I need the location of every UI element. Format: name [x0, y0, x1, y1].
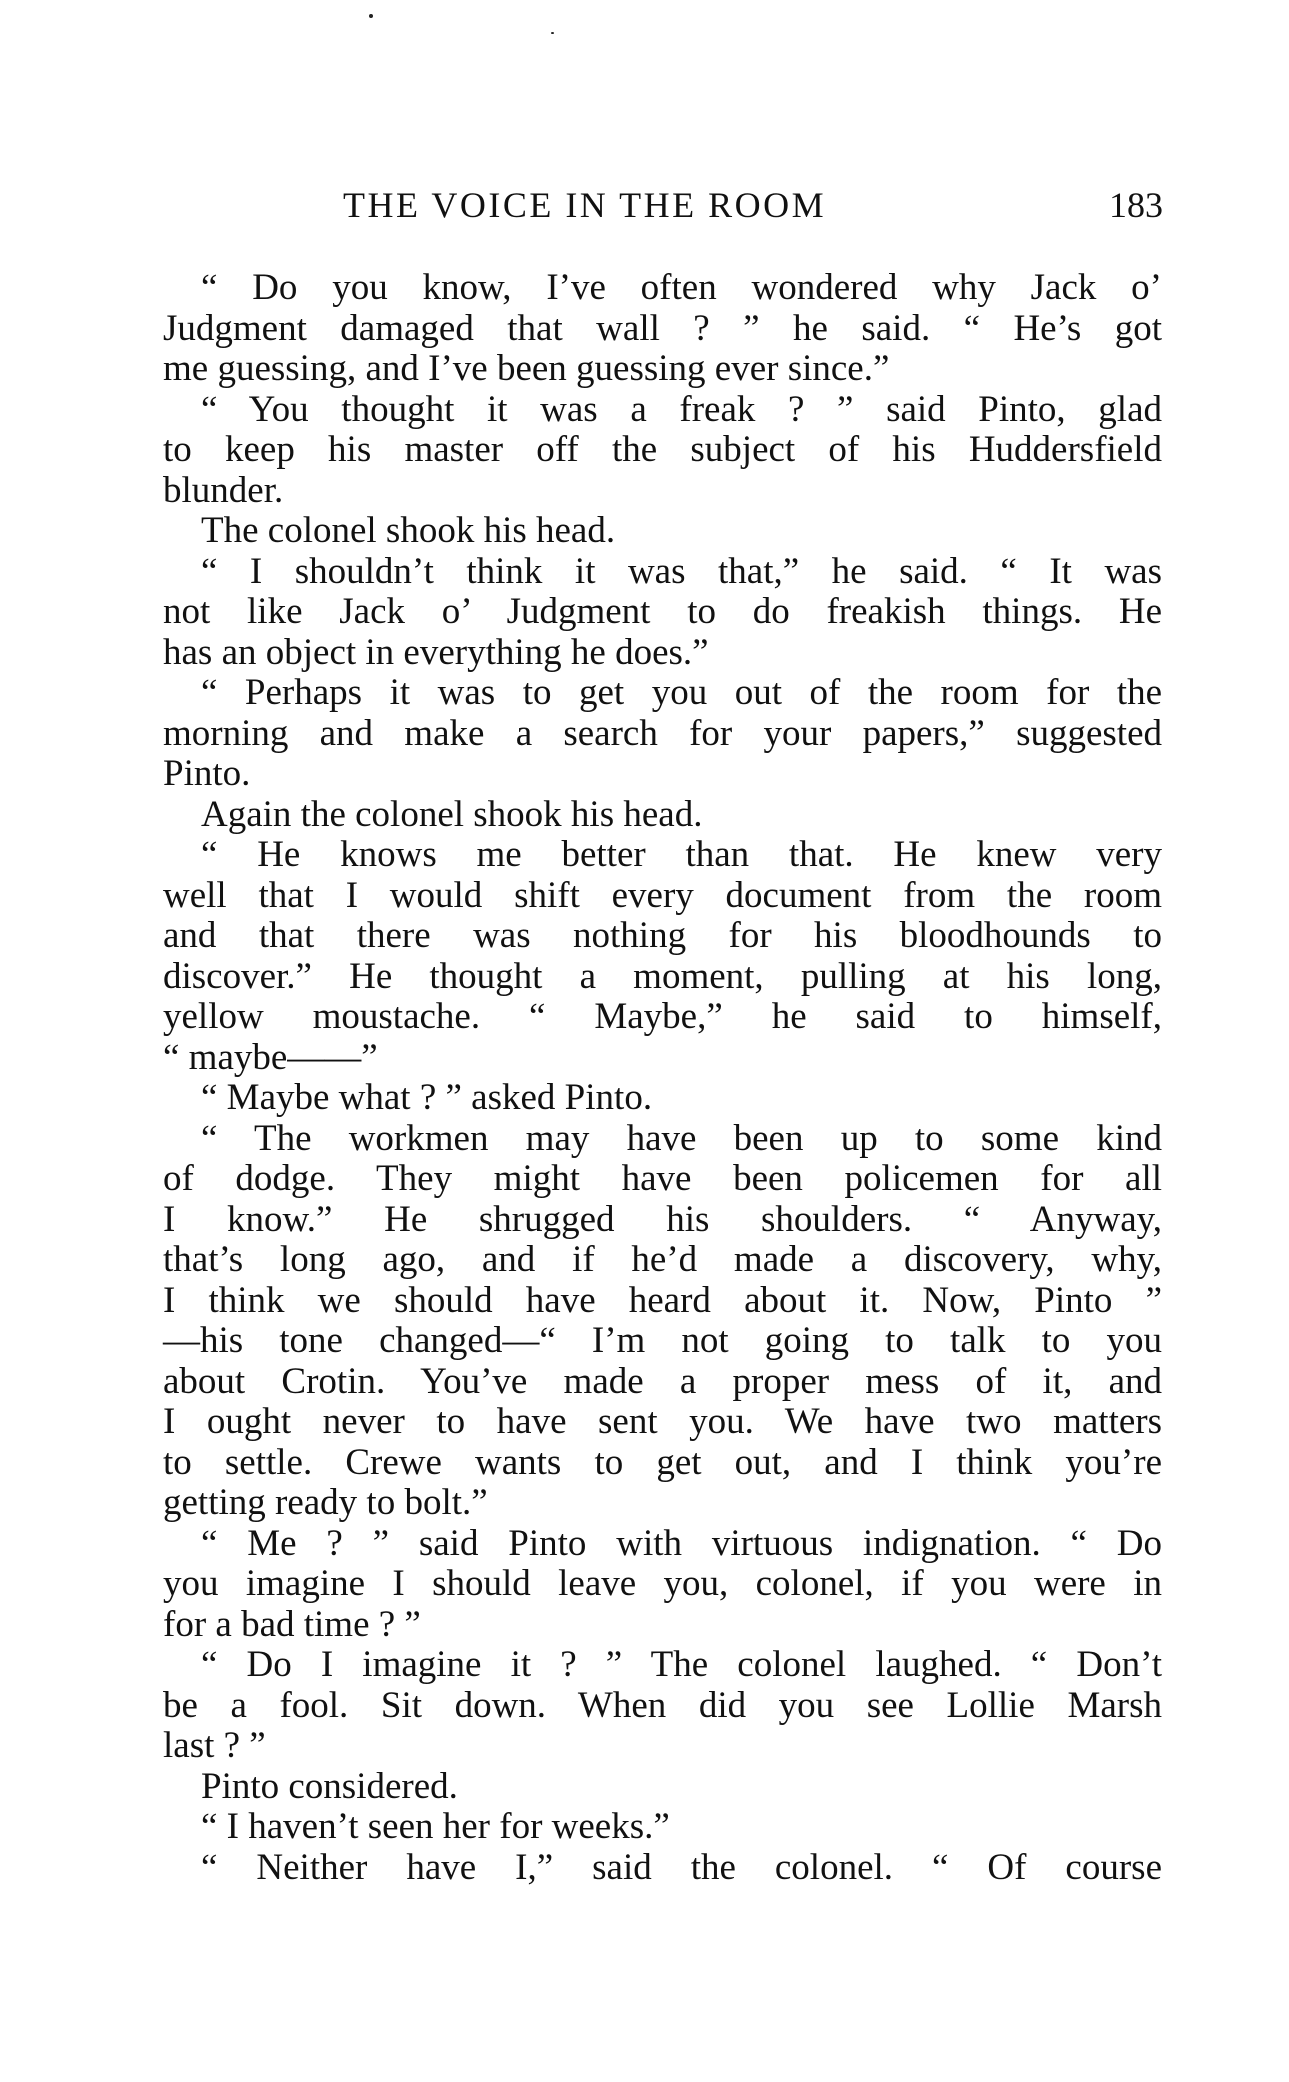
text-line: —his tone changed—“ I’m not going to tal…: [163, 1321, 1162, 1362]
text-line: me guessing, and I’ve been guessing ever…: [163, 349, 1162, 390]
text-line: about Crotin. You’ve made a proper mess …: [163, 1362, 1162, 1403]
text-line: discover.” He thought a moment, pulling …: [163, 957, 1162, 998]
text-line: “ Me ? ” said Pinto with virtuous indign…: [163, 1524, 1162, 1565]
text-line: be a fool. Sit down. When did you see Lo…: [163, 1686, 1162, 1727]
text-line: “ Do I imagine it ? ” The colonel laughe…: [163, 1645, 1162, 1686]
page-number: 183: [1109, 184, 1163, 226]
text-line: Pinto.: [163, 754, 1162, 795]
text-line: I ought never to have sent you. We have …: [163, 1402, 1162, 1443]
text-line: morning and make a search for your paper…: [163, 714, 1162, 755]
text-line: Judgment damaged that wall ? ” he said. …: [163, 309, 1162, 350]
text-line: yellow moustache. “ Maybe,” he said to h…: [163, 997, 1162, 1038]
text-line: “ The workmen may have been up to some k…: [163, 1119, 1162, 1160]
text-line: last ? ”: [163, 1726, 1162, 1767]
text-line: “ Neither have I,” said the colonel. “ O…: [163, 1848, 1162, 1889]
text-line: “ Maybe what ? ” asked Pinto.: [163, 1078, 1162, 1119]
text-line: to keep his master off the subject of hi…: [163, 430, 1162, 471]
text-line: Pinto considered.: [163, 1767, 1162, 1808]
running-title: THE VOICE IN THE ROOM: [343, 184, 826, 226]
text-line: getting ready to bolt.”: [163, 1483, 1162, 1524]
text-line: “ maybe——”: [163, 1038, 1162, 1079]
text-line: that’s long ago, and if he’d made a disc…: [163, 1240, 1162, 1281]
text-line: “ I shouldn’t think it was that,” he sai…: [163, 552, 1162, 593]
text-line: “ I haven’t seen her for weeks.”: [163, 1807, 1162, 1848]
text-line: for a bad time ? ”: [163, 1605, 1162, 1646]
book-page: THE VOICE IN THE ROOM 183 “ Do you know,…: [0, 0, 1289, 2082]
text-line: not like Jack o’ Judgment to do freakish…: [163, 592, 1162, 633]
text-line: and that there was nothing for his blood…: [163, 916, 1162, 957]
text-line: well that I would shift every document f…: [163, 876, 1162, 917]
text-line: The colonel shook his head.: [163, 511, 1162, 552]
text-line: of dodge. They might have been policemen…: [163, 1159, 1162, 1200]
text-line: “ Perhaps it was to get you out of the r…: [163, 673, 1162, 714]
running-header: THE VOICE IN THE ROOM 183: [163, 180, 1163, 230]
text-line: has an object in everything he does.”: [163, 633, 1162, 674]
text-line: to settle. Crewe wants to get out, and I…: [163, 1443, 1162, 1484]
text-line: “ Do you know, I’ve often wondered why J…: [163, 268, 1162, 309]
scan-speck: [369, 14, 373, 18]
body-text: “ Do you know, I’ve often wondered why J…: [163, 268, 1162, 1888]
text-line: “ He knows me better than that. He knew …: [163, 835, 1162, 876]
scan-speck: [551, 32, 554, 34]
text-line: I think we should have heard about it. N…: [163, 1281, 1162, 1322]
text-line: blunder.: [163, 471, 1162, 512]
text-line: I know.” He shrugged his shoulders. “ An…: [163, 1200, 1162, 1241]
text-line: Again the colonel shook his head.: [163, 795, 1162, 836]
text-line: “ You thought it was a freak ? ” said Pi…: [163, 390, 1162, 431]
text-line: you imagine I should leave you, colonel,…: [163, 1564, 1162, 1605]
